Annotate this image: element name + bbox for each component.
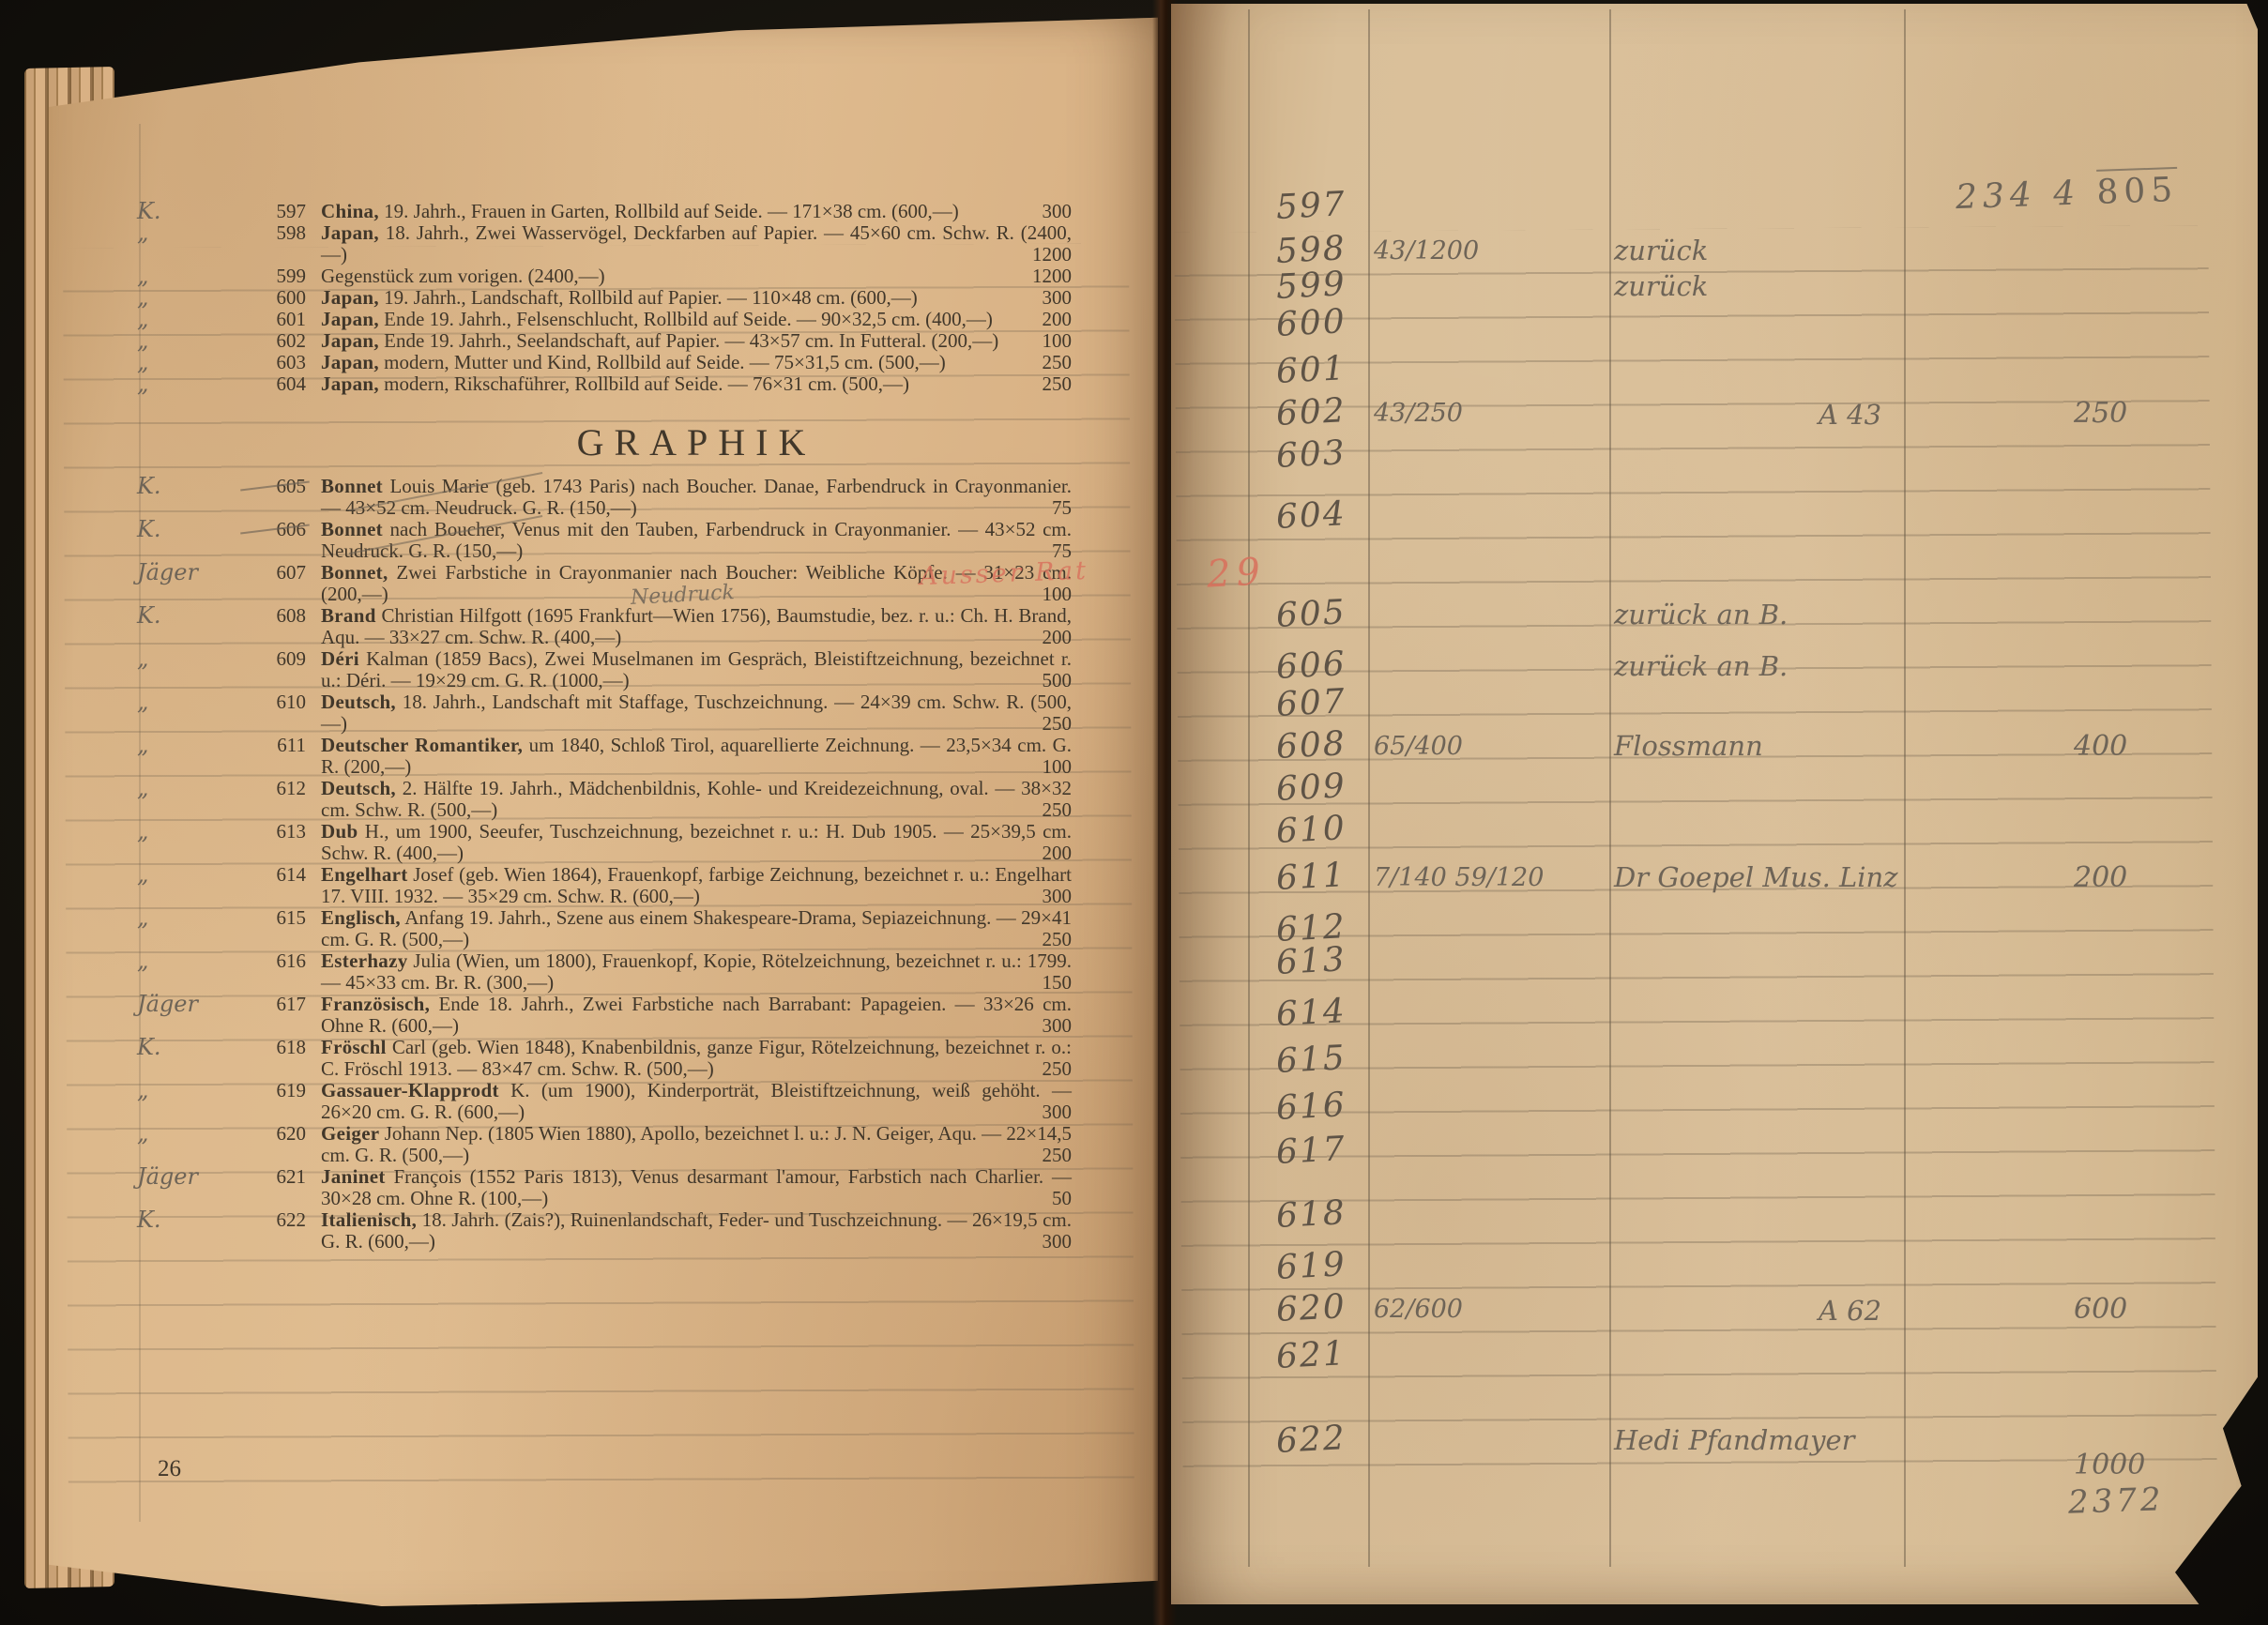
row-lot-number: 605 [1275, 593, 1347, 635]
entry-lead: Bonnet [321, 475, 383, 497]
margin-annotation: „ [98, 1080, 235, 1123]
lot-number: 620 [235, 1123, 321, 1166]
entry-lead: Japan, [321, 308, 379, 330]
entry-text: Deutsch, 2. Hälfte 19. Jahrh., Mädchenbi… [321, 778, 1072, 821]
entry-lead: Déri [321, 647, 359, 670]
lot-number: 617 [235, 994, 321, 1037]
row-lot-number: 597 [1275, 185, 1347, 227]
catalog-entry: „613Dub H., um 1900, Seeufer, Tuschzeich… [98, 821, 1126, 864]
catalog-entry: Jäger617Französisch, Ende 18. Jahrh., Zw… [98, 994, 1126, 1037]
result-price: 250 [1043, 929, 1073, 950]
lot-number: 615 [235, 907, 321, 950]
catalog-entry: K.618Fröschl Carl (geb. Wien 1848), Knab… [98, 1037, 1126, 1080]
entry-text: Japan, modern, Rikschaführer, Rollbild a… [321, 373, 1072, 395]
margin-annotation: K. [98, 476, 235, 519]
buyer-code: A 62 [1819, 1295, 1881, 1327]
bid-note: 7/140 59/120 [1374, 863, 1544, 892]
entry-description: 2. Hälfte 19. Jahrh., Mädchenbildnis, Ko… [321, 777, 1072, 821]
lot-number: 613 [235, 821, 321, 864]
lot-number: 606 [235, 519, 321, 562]
entry-description: Ende 19. Jahrh., Seelandschaft, auf Papi… [379, 329, 998, 352]
entry-text: Janinet François (1552 Paris 1813), Venu… [321, 1166, 1072, 1209]
margin-annotation: K. [98, 1037, 235, 1080]
ledger-row: 622Hedi Pfandmayer1000 [1171, 1420, 2258, 1466]
entry-description: Louis Marie (geb. 1743 Paris) nach Bouch… [321, 475, 1072, 519]
lot-number: 611 [235, 735, 321, 778]
catalog-entry: „620Geiger Johann Nep. (1805 Wien 1880),… [98, 1123, 1126, 1166]
ledger-row: 60243/250A 43250 [1171, 393, 2258, 438]
row-lot-number: 614 [1275, 992, 1347, 1034]
lot-number: 609 [235, 648, 321, 691]
entry-text: Japan, Ende 19. Jahrh., Felsenschlucht, … [321, 309, 1072, 330]
entry-lead: Janinet [321, 1165, 386, 1188]
entry-description: 18. Jahrh., Zwei Wasservögel, Deckfarben… [321, 221, 1072, 266]
entry-lead: Französisch, [321, 993, 430, 1015]
bid-note: 43/1200 [1374, 236, 1479, 266]
row-lot-number: 604 [1275, 494, 1347, 537]
catalog-entry: K.608Brand Christian Hilfgott (1695 Fran… [98, 605, 1126, 648]
entry-description: 19. Jahrh., Landschaft, Rollbild auf Pap… [379, 286, 918, 309]
entry-text: Italienisch, 18. Jahrh. (Zais?), Ruinenl… [321, 1209, 1072, 1253]
remark-note: zurück an B. [1614, 599, 1788, 630]
lot-number: 621 [235, 1166, 321, 1209]
entry-text: Dub H., um 1900, Seeufer, Tuschzeichnung… [321, 821, 1072, 864]
entry-text: Japan, modern, Mutter und Kind, Rollbild… [321, 352, 1072, 373]
buyer-name: Flossmann [1614, 730, 1763, 762]
hammer-price: 600 [2074, 1293, 2215, 1326]
ledger-row: 6117/140 59/120Dr Goepel Mus. Linz200 [1171, 858, 2258, 903]
entry-lead: Fröschl [321, 1036, 387, 1058]
ledger-row: 618 [1171, 1195, 2258, 1240]
buyer-name: Dr Goepel Mus. Linz [1614, 861, 1898, 893]
lot-number: 604 [235, 373, 321, 395]
entry-description: Johann Nep. (1805 Wien 1880), Apollo, be… [321, 1122, 1072, 1166]
lot-number: 598 [235, 222, 321, 266]
entry-description: Julia (Wien, um 1800), Frauenkopf, Kopie… [321, 949, 1072, 994]
ledger-row: 610 [1171, 811, 2258, 856]
lot-number: 597 [235, 201, 321, 222]
lot-number: 619 [235, 1080, 321, 1123]
entry-text: Japan, 19. Jahrh., Landschaft, Rollbild … [321, 287, 1072, 309]
catalog-entries: K.597China, 19. Jahrh., Frauen in Garten… [98, 201, 1126, 1253]
catalog-entry: „619Gassauer-Klapprodt K. (um 1900), Kin… [98, 1080, 1126, 1123]
margin-annotation: „ [98, 691, 235, 735]
entry-text: Französisch, Ende 18. Jahrh., Zwei Farbs… [321, 994, 1072, 1037]
margin-annotation: „ [98, 222, 235, 266]
ledger-row: 605zurück an B. [1171, 595, 2258, 640]
margin-annotation: „ [98, 648, 235, 691]
margin-annotation: „ [98, 309, 235, 330]
entry-text: Japan, 18. Jahrh., Zwei Wasservögel, Dec… [321, 222, 1072, 266]
catalog-entry: „598Japan, 18. Jahrh., Zwei Wasservögel,… [98, 222, 1126, 266]
catalog-entry: K.622Italienisch, 18. Jahrh. (Zais?), Ru… [98, 1209, 1126, 1253]
entry-lead: Brand [321, 604, 376, 627]
result-price: 250 [1043, 373, 1073, 395]
result-price: 100 [1043, 330, 1073, 352]
ledger-row: 609 [1171, 768, 2258, 813]
entry-description: H., um 1900, Seeufer, Tuschzeichnung, be… [321, 820, 1072, 864]
margin-annotation: „ [98, 1123, 235, 1166]
entry-description: François (1552 Paris 1813), Venus desarm… [321, 1165, 1072, 1209]
entry-lead: China, [321, 200, 379, 222]
entry-text: Englisch, Anfang 19. Jahrh., Szene aus e… [321, 907, 1072, 950]
row-lot-number: 610 [1275, 809, 1347, 851]
catalog-entry: „610Deutsch, 18. Jahrh., Landschaft mit … [98, 691, 1126, 735]
margin-annotation: „ [98, 821, 235, 864]
bid-note: 43/250 [1374, 399, 1463, 428]
entry-description: Josef (geb. Wien 1864), Frauenkopf, farb… [321, 863, 1072, 907]
catalog-entry: „616Esterhazy Julia (Wien, um 1800), Fra… [98, 950, 1126, 994]
result-price: 250 [1043, 799, 1073, 821]
result-price: 1200 [1032, 266, 1072, 287]
lot-number: 608 [235, 605, 321, 648]
entry-text: Fröschl Carl (geb. Wien 1848), Knabenbil… [321, 1037, 1072, 1080]
margin-annotation: „ [98, 266, 235, 287]
margin-annotation: „ [98, 778, 235, 821]
red-pencil-fragment: 29 [1206, 550, 1267, 596]
hammer-price: 250 [2074, 397, 2215, 430]
margin-annotation: Jäger [98, 1166, 235, 1209]
row-lot-number: 619 [1275, 1245, 1347, 1287]
entry-description: Kalman (1859 Bacs), Zwei Muselmanen im G… [321, 647, 1072, 691]
remark-note: zurück [1614, 235, 1708, 266]
margin-annotation: „ [98, 373, 235, 395]
row-lot-number: 609 [1275, 767, 1347, 809]
margin-annotation: „ [98, 352, 235, 373]
catalog-entry: „599Gegenstück zum vorigen. (2400,—)1200 [98, 266, 1126, 287]
catalog-entry: „614Engelhart Josef (geb. Wien 1864), Fr… [98, 864, 1126, 907]
result-price: 1200 [1032, 244, 1072, 266]
result-price: 300 [1043, 886, 1073, 907]
catalog-entry: „615Englisch, Anfang 19. Jahrh., Szene a… [98, 907, 1126, 950]
hammer-price: 400 [2074, 730, 2215, 763]
lot-number: 610 [235, 691, 321, 735]
entry-lead: Deutsch, [321, 777, 396, 799]
book-scan: { "left_page": { "page_number": "26", "s… [0, 0, 2268, 1625]
row-lot-number: 613 [1275, 940, 1347, 982]
row-lot-number: 606 [1275, 645, 1347, 687]
remark-note: zurück an B. [1614, 650, 1788, 682]
lot-number: 605 [235, 476, 321, 519]
entry-lead: Japan, [321, 221, 379, 244]
entry-lead: Dub [321, 820, 358, 843]
entry-text: Bonnet Louis Marie (geb. 1743 Paris) nac… [321, 476, 1072, 519]
catalog-entry: „609Déri Kalman (1859 Bacs), Zwei Muselm… [98, 648, 1126, 691]
entry-description: Carl (geb. Wien 1848), Knabenbildnis, ga… [321, 1036, 1072, 1080]
ledger-row: 607 [1171, 684, 2258, 729]
row-lot-number: 599 [1275, 265, 1347, 307]
catalog-entry: K.597China, 19. Jahrh., Frauen in Garten… [98, 201, 1126, 222]
margin-annotation: K. [98, 519, 235, 562]
entry-text: China, 19. Jahrh., Frauen in Garten, Rol… [321, 201, 1072, 222]
entry-description: Christian Hilfgott (1695 Frankfurt—Wien … [321, 604, 1072, 648]
buyer-code: A 43 [1819, 399, 1881, 431]
row-lot-number: 601 [1275, 349, 1347, 391]
entry-description: 18. Jahrh., Landschaft mit Staffage, Tus… [321, 691, 1072, 735]
entry-lead: Deutscher Romantiker, [321, 734, 523, 756]
row-lot-number: 608 [1275, 724, 1347, 767]
lot-number: 602 [235, 330, 321, 352]
result-price: 300 [1043, 1101, 1073, 1123]
lot-number: 618 [235, 1037, 321, 1080]
catalog-entry: Jäger621Janinet François (1552 Paris 181… [98, 1166, 1126, 1209]
row-lot-number: 611 [1275, 856, 1347, 898]
lot-number: 601 [235, 309, 321, 330]
entry-text: Engelhart Josef (geb. Wien 1864), Frauen… [321, 864, 1072, 907]
entry-lead: Esterhazy [321, 949, 408, 972]
row-lot-number: 603 [1275, 433, 1347, 476]
entry-lead: Bonnet, [321, 561, 388, 584]
entry-text: Gegenstück zum vorigen. (2400,—)1200 [321, 266, 1072, 287]
right-ledger-page: 234 4 805 29 597 59843/1200zurück 599zur… [1171, 4, 2258, 1604]
ledger-footer-number: 2372 [2067, 1481, 2165, 1522]
remark-note: zurück [1614, 270, 1708, 302]
lot-number: 622 [235, 1209, 321, 1253]
catalog-entry: „611Deutscher Romantiker, um 1840, Schlo… [98, 735, 1126, 778]
result-price: 250 [1043, 713, 1073, 735]
ledger-row: 603 [1171, 435, 2258, 480]
result-price: 200 [1043, 309, 1073, 330]
entry-text: Deutsch, 18. Jahrh., Landschaft mit Staf… [321, 691, 1072, 735]
margin-annotation: K. [98, 605, 235, 648]
margin-annotation: „ [98, 907, 235, 950]
catalog-entry: K.606Bonnet nach Boucher, Venus mit den … [98, 519, 1126, 562]
lot-number: 599 [235, 266, 321, 287]
ledger-row: 600 [1171, 304, 2258, 349]
entry-lead: Bonnet [321, 518, 383, 540]
entry-lead: Englisch, [321, 906, 401, 929]
row-lot-number: 615 [1275, 1039, 1347, 1081]
ledger-row: 60865/400Flossmann400 [1171, 726, 2258, 771]
catalog-entry: „603Japan, modern, Mutter und Kind, Roll… [98, 352, 1126, 373]
row-lot-number: 616 [1275, 1086, 1347, 1128]
entry-lead: Deutsch, [321, 691, 396, 713]
ledger-row: 597 [1171, 187, 2258, 232]
entry-description: 19. Jahrh., Frauen in Garten, Rollbild a… [379, 200, 959, 222]
catalog-entry: „602Japan, Ende 19. Jahrh., Seelandschaf… [98, 330, 1126, 352]
entry-description: nach Boucher, Venus mit den Tauben, Farb… [321, 518, 1072, 562]
ledger-row: 613 [1171, 942, 2258, 987]
section-title: GRAPHIK [321, 420, 1072, 464]
row-lot-number: 602 [1275, 391, 1347, 433]
result-price: 300 [1043, 287, 1073, 309]
lot-number: 607 [235, 562, 321, 605]
margin-annotation: „ [98, 330, 235, 352]
lot-number: 603 [235, 352, 321, 373]
entry-lead: Japan, [321, 286, 379, 309]
entry-description: Ende 18. Jahrh., Zwei Farbstiche nach Ba… [321, 993, 1072, 1037]
result-price: 300 [1043, 201, 1073, 222]
margin-annotation: Jäger [98, 994, 235, 1037]
catalog-entry: „601Japan, Ende 19. Jahrh., Felsenschluc… [98, 309, 1126, 330]
entry-lead: Italienisch, [321, 1208, 417, 1231]
entry-description: Anfang 19. Jahrh., Szene aus einem Shake… [321, 906, 1072, 950]
result-price: 250 [1043, 1058, 1073, 1080]
row-lot-number: 621 [1275, 1334, 1347, 1376]
entry-text: Geiger Johann Nep. (1805 Wien 1880), Apo… [321, 1123, 1072, 1166]
entry-lead: Japan, [321, 372, 379, 395]
ledger-row: 621 [1171, 1336, 2258, 1381]
row-lot-number: 618 [1275, 1193, 1347, 1236]
result-price: 300 [1043, 1015, 1073, 1037]
left-catalog-page: K.597China, 19. Jahrh., Frauen in Garten… [49, 11, 1158, 1606]
entry-description: 18. Jahrh. (Zais?), Ruinenlandschaft, Fe… [321, 1208, 1072, 1253]
ledger-row: 601 [1171, 351, 2258, 396]
entry-description: modern, Mutter und Kind, Rollbild auf Se… [379, 351, 946, 373]
ledger-row: 604 [1171, 496, 2258, 541]
bid-note: 65/400 [1374, 732, 1463, 761]
ledger-row: 614 [1171, 994, 2258, 1039]
entry-text: Esterhazy Julia (Wien, um 1800), Frauenk… [321, 950, 1072, 994]
entry-lead: Japan, [321, 351, 379, 373]
result-price: 200 [1043, 843, 1073, 864]
ledger-row: 615 [1171, 1040, 2258, 1086]
entry-lead: Geiger [321, 1122, 379, 1145]
catalog-entry: „600Japan, 19. Jahrh., Landschaft, Rollb… [98, 287, 1126, 309]
ledger-row: 619 [1171, 1247, 2258, 1292]
margin-annotation: K. [98, 1209, 235, 1253]
hammer-price: 200 [2074, 861, 2215, 894]
row-lot-number: 620 [1275, 1287, 1347, 1329]
entry-description: Gegenstück zum vorigen. (2400,—) [321, 265, 605, 287]
result-price: 100 [1043, 584, 1073, 605]
entry-text: Bonnet nach Boucher, Venus mit den Taube… [321, 519, 1072, 562]
row-lot-number: 622 [1275, 1419, 1347, 1461]
entry-description: modern, Rikschaführer, Rollbild auf Seid… [379, 372, 909, 395]
entry-text: Déri Kalman (1859 Bacs), Zwei Muselmanen… [321, 648, 1072, 691]
entry-description: Ende 19. Jahrh., Felsenschlucht, Rollbil… [379, 308, 993, 330]
margin-annotation: „ [98, 735, 235, 778]
result-price: 500 [1043, 670, 1073, 691]
entry-lead: Engelhart [321, 863, 408, 886]
bid-note: 62/600 [1374, 1295, 1463, 1324]
result-price: 75 [1052, 497, 1072, 519]
entry-text: Deutscher Romantiker, um 1840, Schloß Ti… [321, 735, 1072, 778]
entry-text: Gassauer-Klapprodt K. (um 1900), Kinderp… [321, 1080, 1072, 1123]
result-price: 250 [1043, 1145, 1073, 1166]
lot-number: 616 [235, 950, 321, 994]
lot-number: 600 [235, 287, 321, 309]
result-price: 250 [1043, 352, 1073, 373]
ledger-row: 617 [1171, 1131, 2258, 1177]
entry-text: Japan, Ende 19. Jahrh., Seelandschaft, a… [321, 330, 1072, 352]
margin-annotation: „ [98, 864, 235, 907]
page-number: 26 [158, 1456, 181, 1482]
row-lot-number: 600 [1275, 302, 1347, 344]
red-pencil-note: Ausser Rat [920, 556, 1089, 591]
ledger-row: 62062/600A 62600 [1171, 1289, 2258, 1334]
hammer-price: 1000 [2074, 1449, 2215, 1481]
row-lot-number: 617 [1275, 1130, 1347, 1172]
result-price: 100 [1043, 756, 1073, 778]
lot-number: 614 [235, 864, 321, 907]
row-lot-number: 607 [1275, 682, 1347, 724]
margin-annotation: „ [98, 287, 235, 309]
result-price: 200 [1043, 627, 1073, 648]
entry-lead: Gassauer-Klapprodt [321, 1079, 499, 1101]
catalog-entry: „604Japan, modern, Rikschaführer, Rollbi… [98, 373, 1126, 395]
margin-annotation: Jäger [98, 562, 235, 605]
catalog-entry: K.605Bonnet Louis Marie (geb. 1743 Paris… [98, 476, 1126, 519]
ledger-row: 616 [1171, 1087, 2258, 1132]
entry-text: Brand Christian Hilfgott (1695 Frankfurt… [321, 605, 1072, 648]
catalog-entry: „612Deutsch, 2. Hälfte 19. Jahrh., Mädch… [98, 778, 1126, 821]
lot-number: 612 [235, 778, 321, 821]
result-price: 300 [1043, 1231, 1073, 1253]
margin-annotation: K. [98, 201, 235, 222]
entry-lead: Japan, [321, 329, 379, 352]
margin-annotation: „ [98, 950, 235, 994]
result-price: 50 [1052, 1188, 1072, 1209]
result-price: 150 [1043, 972, 1073, 994]
buyer-name: Hedi Pfandmayer [1614, 1424, 1854, 1456]
